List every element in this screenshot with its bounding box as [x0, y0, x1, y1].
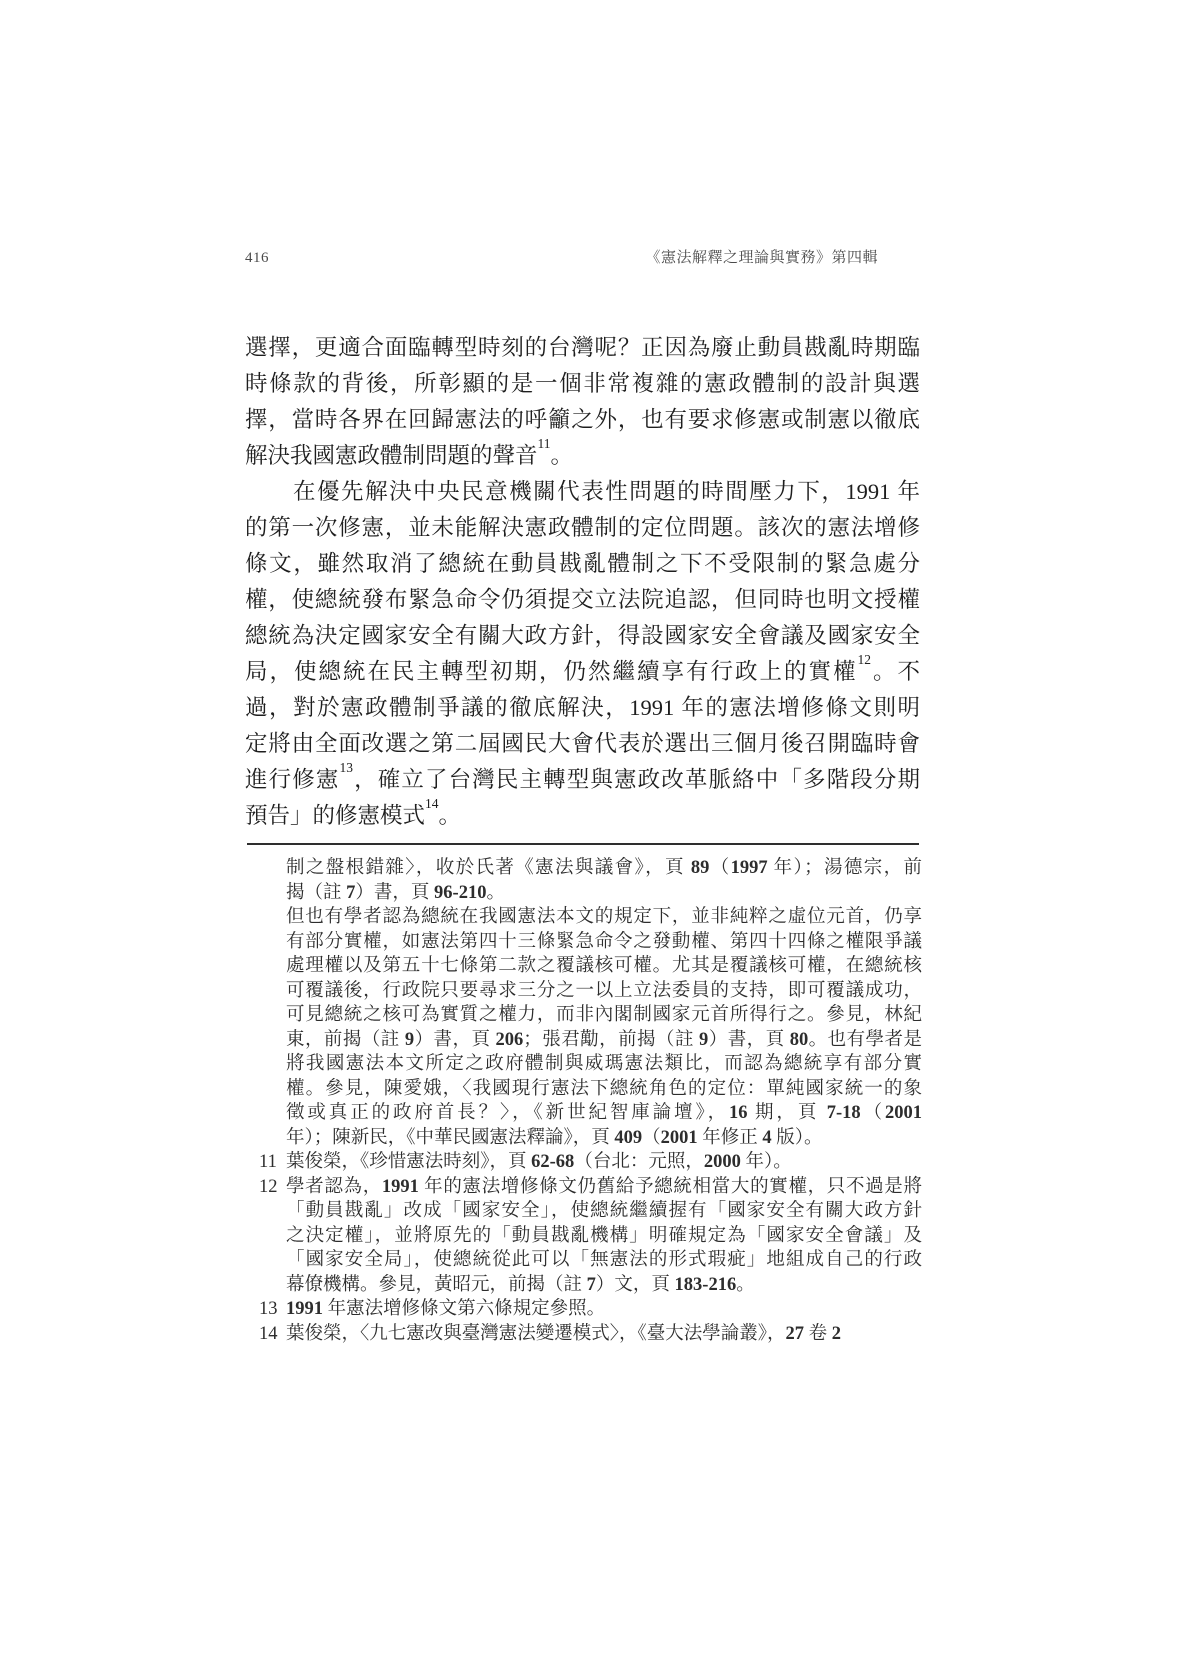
bold-number: 1991 [382, 1177, 419, 1197]
text-run: ，確立了台灣民主轉型與憲政改革脈絡中「多階段分期 [353, 767, 920, 792]
bold-number: 62-68 [531, 1152, 574, 1172]
text-run: 時條款的背後，所彰顯的是一個非常複雜的憲政體制的設計與選 [245, 371, 920, 396]
text-run: ）書，頁 [708, 1030, 789, 1050]
text-run: 年憲法增修條文第六條規定參照。 [323, 1299, 605, 1319]
text-line: 預告」的修憲模式14。 [245, 798, 920, 834]
text-run: 但也有學者認為總統在我國憲法本文的規定下，並非純粹之虛位元首，仍享 [286, 907, 922, 927]
text-line: 過，對於憲政體制爭議的徹底解決，1991 年的憲法增修條文則明 [245, 690, 920, 726]
footnote-continuation: 但也有學者認為總統在我國憲法本文的規定下，並非純粹之虛位元首，仍享有部分實權，如… [245, 905, 922, 1150]
text-line: 權。參見，陳愛娥，〈我國現行憲法下總統角色的定位：單純國家統一的象 [286, 1077, 922, 1102]
footnote-ref: 13 [340, 762, 354, 775]
text-line: 但也有學者認為總統在我國憲法本文的規定下，並非純粹之虛位元首，仍享 [286, 905, 922, 930]
text-run: （台北：元照， [574, 1152, 704, 1172]
text-run: 條文，雖然取消了總統在動員戡亂體制之下不受限制的緊急處分 [245, 551, 920, 576]
text-run: 。 [439, 803, 462, 828]
bold-number: 183-216 [675, 1275, 737, 1295]
footnote-number: 13 [259, 1297, 278, 1322]
text-run: 幕僚機構。參見，黃昭元，前揭（註 [286, 1275, 587, 1295]
text-line: 東，前揭（註 9）書，頁 206；張君勱，前揭（註 9）書，頁 80。也有學者是 [286, 1028, 922, 1053]
footnote-separator [247, 843, 919, 845]
footnote-ref: 12 [857, 654, 871, 667]
text-run: 進行修憲 [245, 767, 340, 792]
footnote-continuation: 制之盤根錯雜〉，收於氏著《憲法與議會》，頁 89（1997 年）；湯德宗，前揭（… [245, 856, 922, 905]
footnote-11: 11葉俊榮，《珍惜憲法時刻》，頁 62-68（台北：元照，2000 年）。 [245, 1150, 922, 1175]
text-line: 選擇，更適合面臨轉型時刻的台灣呢？正因為廢止動員戡亂時期臨 [245, 330, 920, 366]
text-run: 年）；陳新民，《中華民國憲法釋論》，頁 [286, 1128, 614, 1148]
text-line: 的第一次修憲，並未能解決憲政體制的定位問題。該次的憲法增修 [245, 510, 920, 546]
text-run: 。不 [871, 659, 920, 684]
text-run: 。 [551, 443, 574, 468]
text-run: ）書，頁 [355, 883, 434, 903]
text-run: 解決我國憲政體制問題的聲音 [245, 443, 538, 468]
text-run: 學者認為， [286, 1177, 382, 1197]
bold-number: 27 [786, 1324, 805, 1344]
footnote-ref: 14 [425, 798, 439, 811]
bold-number: 89 [691, 858, 710, 878]
text-run: 「動員戡亂」改成「國家安全」，使總統繼續握有「國家安全有關大政方針 [286, 1201, 922, 1221]
bold-number: 7 [346, 883, 355, 903]
paragraph-1: 選擇，更適合面臨轉型時刻的台灣呢？正因為廢止動員戡亂時期臨時條款的背後，所彰顯的… [245, 330, 920, 474]
running-title: 《憲法解釋之理論與實務》第四輯 [645, 246, 878, 267]
text-run: ）文，頁 [596, 1275, 675, 1295]
text-run: 權。參見，陳愛娥，〈我國現行憲法下總統角色的定位：單純國家統一的象 [286, 1079, 922, 1099]
text-run: 。也有學者是 [808, 1030, 922, 1050]
bold-number: 409 [614, 1128, 642, 1148]
text-run: 年修正 [698, 1128, 763, 1148]
text-run: 年的憲法增修條文仍舊給予總統相當大的實權，只不過是將 [419, 1177, 922, 1197]
main-text: 選擇，更適合面臨轉型時刻的台灣呢？正因為廢止動員戡亂時期臨時條款的背後，所彰顯的… [245, 330, 920, 834]
text-line: 擇，當時各界在回歸憲法的呼籲之外，也有要求修憲或制憲以徹底 [245, 402, 920, 438]
text-line: 總統為決定國家安全有關大政方針，得設國家安全會議及國家安全 [245, 618, 920, 654]
text-line: 時條款的背後，所彰顯的是一個非常複雜的憲政體制的設計與選 [245, 366, 920, 402]
text-run: 選擇，更適合面臨轉型時刻的台灣呢？正因為廢止動員戡亂時期臨 [245, 335, 920, 360]
text-run: 過，對於憲政體制爭議的徹底解決，1991 年的憲法增修條文則明 [245, 695, 920, 720]
text-run: 可見總統之核可為實質之權力，而非內閣制國家元首所得行之。參見，林紀 [286, 1005, 922, 1025]
text-line: 學者認為，1991 年的憲法增修條文仍舊給予總統相當大的實權，只不過是將 [286, 1175, 922, 1200]
text-run: 預告」的修憲模式 [245, 803, 425, 828]
bold-number: 16 [729, 1103, 748, 1123]
text-run: 年）。 [741, 1152, 792, 1172]
text-line: 「國家安全局」，使總統從此可以「無憲法的形式瑕疵」地組成自己的行政 [286, 1248, 922, 1273]
text-line: 幕僚機構。參見，黃昭元，前揭（註 7）文，頁 183-216。 [286, 1273, 922, 1298]
text-line: 徵或真正的政府首長？〉，《新世紀智庫論壇》，16 期，頁 7-18（2001 [286, 1101, 922, 1126]
text-line: 年）；陳新民，《中華民國憲法釋論》，頁 409（2001 年修正 4 版）。 [286, 1126, 922, 1151]
bold-number: 80 [790, 1030, 809, 1050]
text-run: 將我國憲法本文所定之政府體制與威瑪憲法類比，而認為總統享有部分實 [286, 1054, 922, 1074]
text-run: 局，使總統在民主轉型初期，仍然繼續享有行政上的實權 [245, 659, 857, 684]
text-run: 年）；湯德宗，前 [768, 858, 922, 878]
text-line: 葉俊榮，《珍惜憲法時刻》，頁 62-68（台北：元照，2000 年）。 [286, 1150, 922, 1175]
text-run: 。 [486, 883, 505, 903]
book-page: 416 《憲法解釋之理論與實務》第四輯 選擇，更適合面臨轉型時刻的台灣呢？正因為… [0, 0, 1177, 1664]
text-run: 葉俊榮，〈九七憲改與臺灣憲法變遷模式〉，《臺大法學論叢》， [286, 1324, 786, 1344]
text-line: 處理權以及第五十七條第二款之覆議核可權。尤其是覆議核可權，在總統核 [286, 954, 922, 979]
text-run: 制之盤根錯雜〉，收於氏著《憲法與議會》，頁 [286, 858, 691, 878]
text-run: （ [642, 1128, 661, 1148]
text-run: 之決定權」，並將原先的「動員戡亂機構」明確規定為「國家安全會議」及 [286, 1226, 922, 1246]
bold-number: 2 [832, 1324, 841, 1344]
text-line: 進行修憲13，確立了台灣民主轉型與憲政改革脈絡中「多階段分期 [245, 762, 920, 798]
paragraph-2: 在優先解決中央民意機關代表性問題的時間壓力下，1991 年的第一次修憲，並未能解… [245, 474, 920, 834]
bold-number: 9 [405, 1030, 414, 1050]
text-run: 定將由全面改選之第二屆國民大會代表於選出三個月後召開臨時會 [245, 731, 920, 756]
text-line: 之決定權」，並將原先的「動員戡亂機構」明確規定為「國家安全會議」及 [286, 1224, 922, 1249]
text-line: 解決我國憲政體制問題的聲音11。 [245, 438, 920, 474]
footnote-12: 12學者認為，1991 年的憲法增修條文仍舊給予總統相當大的實權，只不過是將「動… [245, 1175, 922, 1298]
text-line: 有部分實權，如憲法第四十三條緊急命令之發動權、第四十四條之權限爭議 [286, 930, 922, 955]
text-line: 將我國憲法本文所定之政府體制與威瑪憲法類比，而認為總統享有部分實 [286, 1052, 922, 1077]
bold-number: 7 [587, 1275, 596, 1295]
bold-number: 7-18 [827, 1103, 861, 1123]
text-line: 可見總統之核可為實質之權力，而非內閣制國家元首所得行之。參見，林紀 [286, 1003, 922, 1028]
text-line: 條文，雖然取消了總統在動員戡亂體制之下不受限制的緊急處分 [245, 546, 920, 582]
text-run: 總統為決定國家安全有關大政方針，得設國家安全會議及國家安全 [245, 623, 920, 648]
bold-number: 2000 [704, 1152, 741, 1172]
text-run: 「國家安全局」，使總統從此可以「無憲法的形式瑕疵」地組成自己的行政 [286, 1250, 922, 1270]
text-run: （ [709, 858, 730, 878]
text-line: 可覆議後，行政院只要尋求三分之一以上立法委員的支持，即可覆議成功， [286, 979, 922, 1004]
text-line: 「動員戡亂」改成「國家安全」，使總統繼續握有「國家安全有關大政方針 [286, 1199, 922, 1224]
text-run: 權，使總統發布緊急命令仍須提交立法院追認，但同時也明文授權 [245, 587, 920, 612]
text-run: 卷 [804, 1324, 832, 1344]
text-run: 葉俊榮，《珍惜憲法時刻》，頁 [286, 1152, 531, 1172]
text-line: 在優先解決中央民意機關代表性問題的時間壓力下，1991 年 [245, 474, 920, 510]
text-line: 定將由全面改選之第二屆國民大會代表於選出三個月後召開臨時會 [245, 726, 920, 762]
text-run: 揭（註 [286, 883, 346, 903]
footnotes-section: 制之盤根錯雜〉，收於氏著《憲法與議會》，頁 89（1997 年）；湯德宗，前揭（… [245, 856, 922, 1346]
bold-number: 2001 [885, 1103, 922, 1123]
text-run: 的第一次修憲，並未能解決憲政體制的定位問題。該次的憲法增修 [245, 515, 920, 540]
text-run: 徵或真正的政府首長？〉，《新世紀智庫論壇》， [286, 1103, 729, 1123]
bold-number: 1991 [286, 1299, 323, 1319]
bold-number: 96-210 [434, 883, 486, 903]
footnote-ref: 11 [538, 438, 551, 451]
text-run: ）書，頁 [414, 1030, 495, 1050]
text-line: 制之盤根錯雜〉，收於氏著《憲法與議會》，頁 89（1997 年）；湯德宗，前 [286, 856, 922, 881]
text-run: 可覆議後，行政院只要尋求三分之一以上立法委員的支持，即可覆議成功， [286, 981, 922, 1001]
text-line: 葉俊榮，〈九七憲改與臺灣憲法變遷模式〉，《臺大法學論叢》，27 卷 2 [286, 1322, 922, 1347]
text-line: 1991 年憲法增修條文第六條規定參照。 [286, 1297, 922, 1322]
text-run: ；張君勱，前揭（註 [523, 1030, 699, 1050]
footnote-13: 131991 年憲法增修條文第六條規定參照。 [245, 1297, 922, 1322]
bold-number: 206 [496, 1030, 524, 1050]
text-line: 局，使總統在民主轉型初期，仍然繼續享有行政上的實權12。不 [245, 654, 920, 690]
footnote-number: 11 [259, 1150, 277, 1175]
footnote-number: 12 [259, 1175, 278, 1200]
footnote-number: 14 [259, 1322, 278, 1347]
text-run: 有部分實權，如憲法第四十三條緊急命令之發動權、第四十四條之權限爭議 [286, 932, 922, 952]
text-run: 版）。 [772, 1128, 823, 1148]
bold-number: 2001 [661, 1128, 698, 1148]
page-number: 416 [245, 250, 269, 267]
bold-number: 9 [699, 1030, 708, 1050]
text-run: （ [861, 1103, 885, 1123]
bold-number: 4 [762, 1128, 771, 1148]
text-run: 在優先解決中央民意機關代表性問題的時間壓力下，1991 年 [245, 479, 920, 504]
text-run: 東，前揭（註 [286, 1030, 405, 1050]
text-line: 權，使總統發布緊急命令仍須提交立法院追認，但同時也明文授權 [245, 582, 920, 618]
text-line: 揭（註 7）書，頁 96-210。 [286, 881, 922, 906]
text-run: 擇，當時各界在回歸憲法的呼籲之外，也有要求修憲或制憲以徹底 [245, 407, 920, 432]
text-run: 期，頁 [748, 1103, 827, 1123]
text-run: 。 [736, 1275, 755, 1295]
footnote-14: 14葉俊榮，〈九七憲改與臺灣憲法變遷模式〉，《臺大法學論叢》，27 卷 2 [245, 1322, 922, 1347]
text-run: 處理權以及第五十七條第二款之覆議核可權。尤其是覆議核可權，在總統核 [286, 956, 922, 976]
page-header: 416 《憲法解釋之理論與實務》第四輯 [245, 246, 920, 267]
bold-number: 1997 [731, 858, 768, 878]
